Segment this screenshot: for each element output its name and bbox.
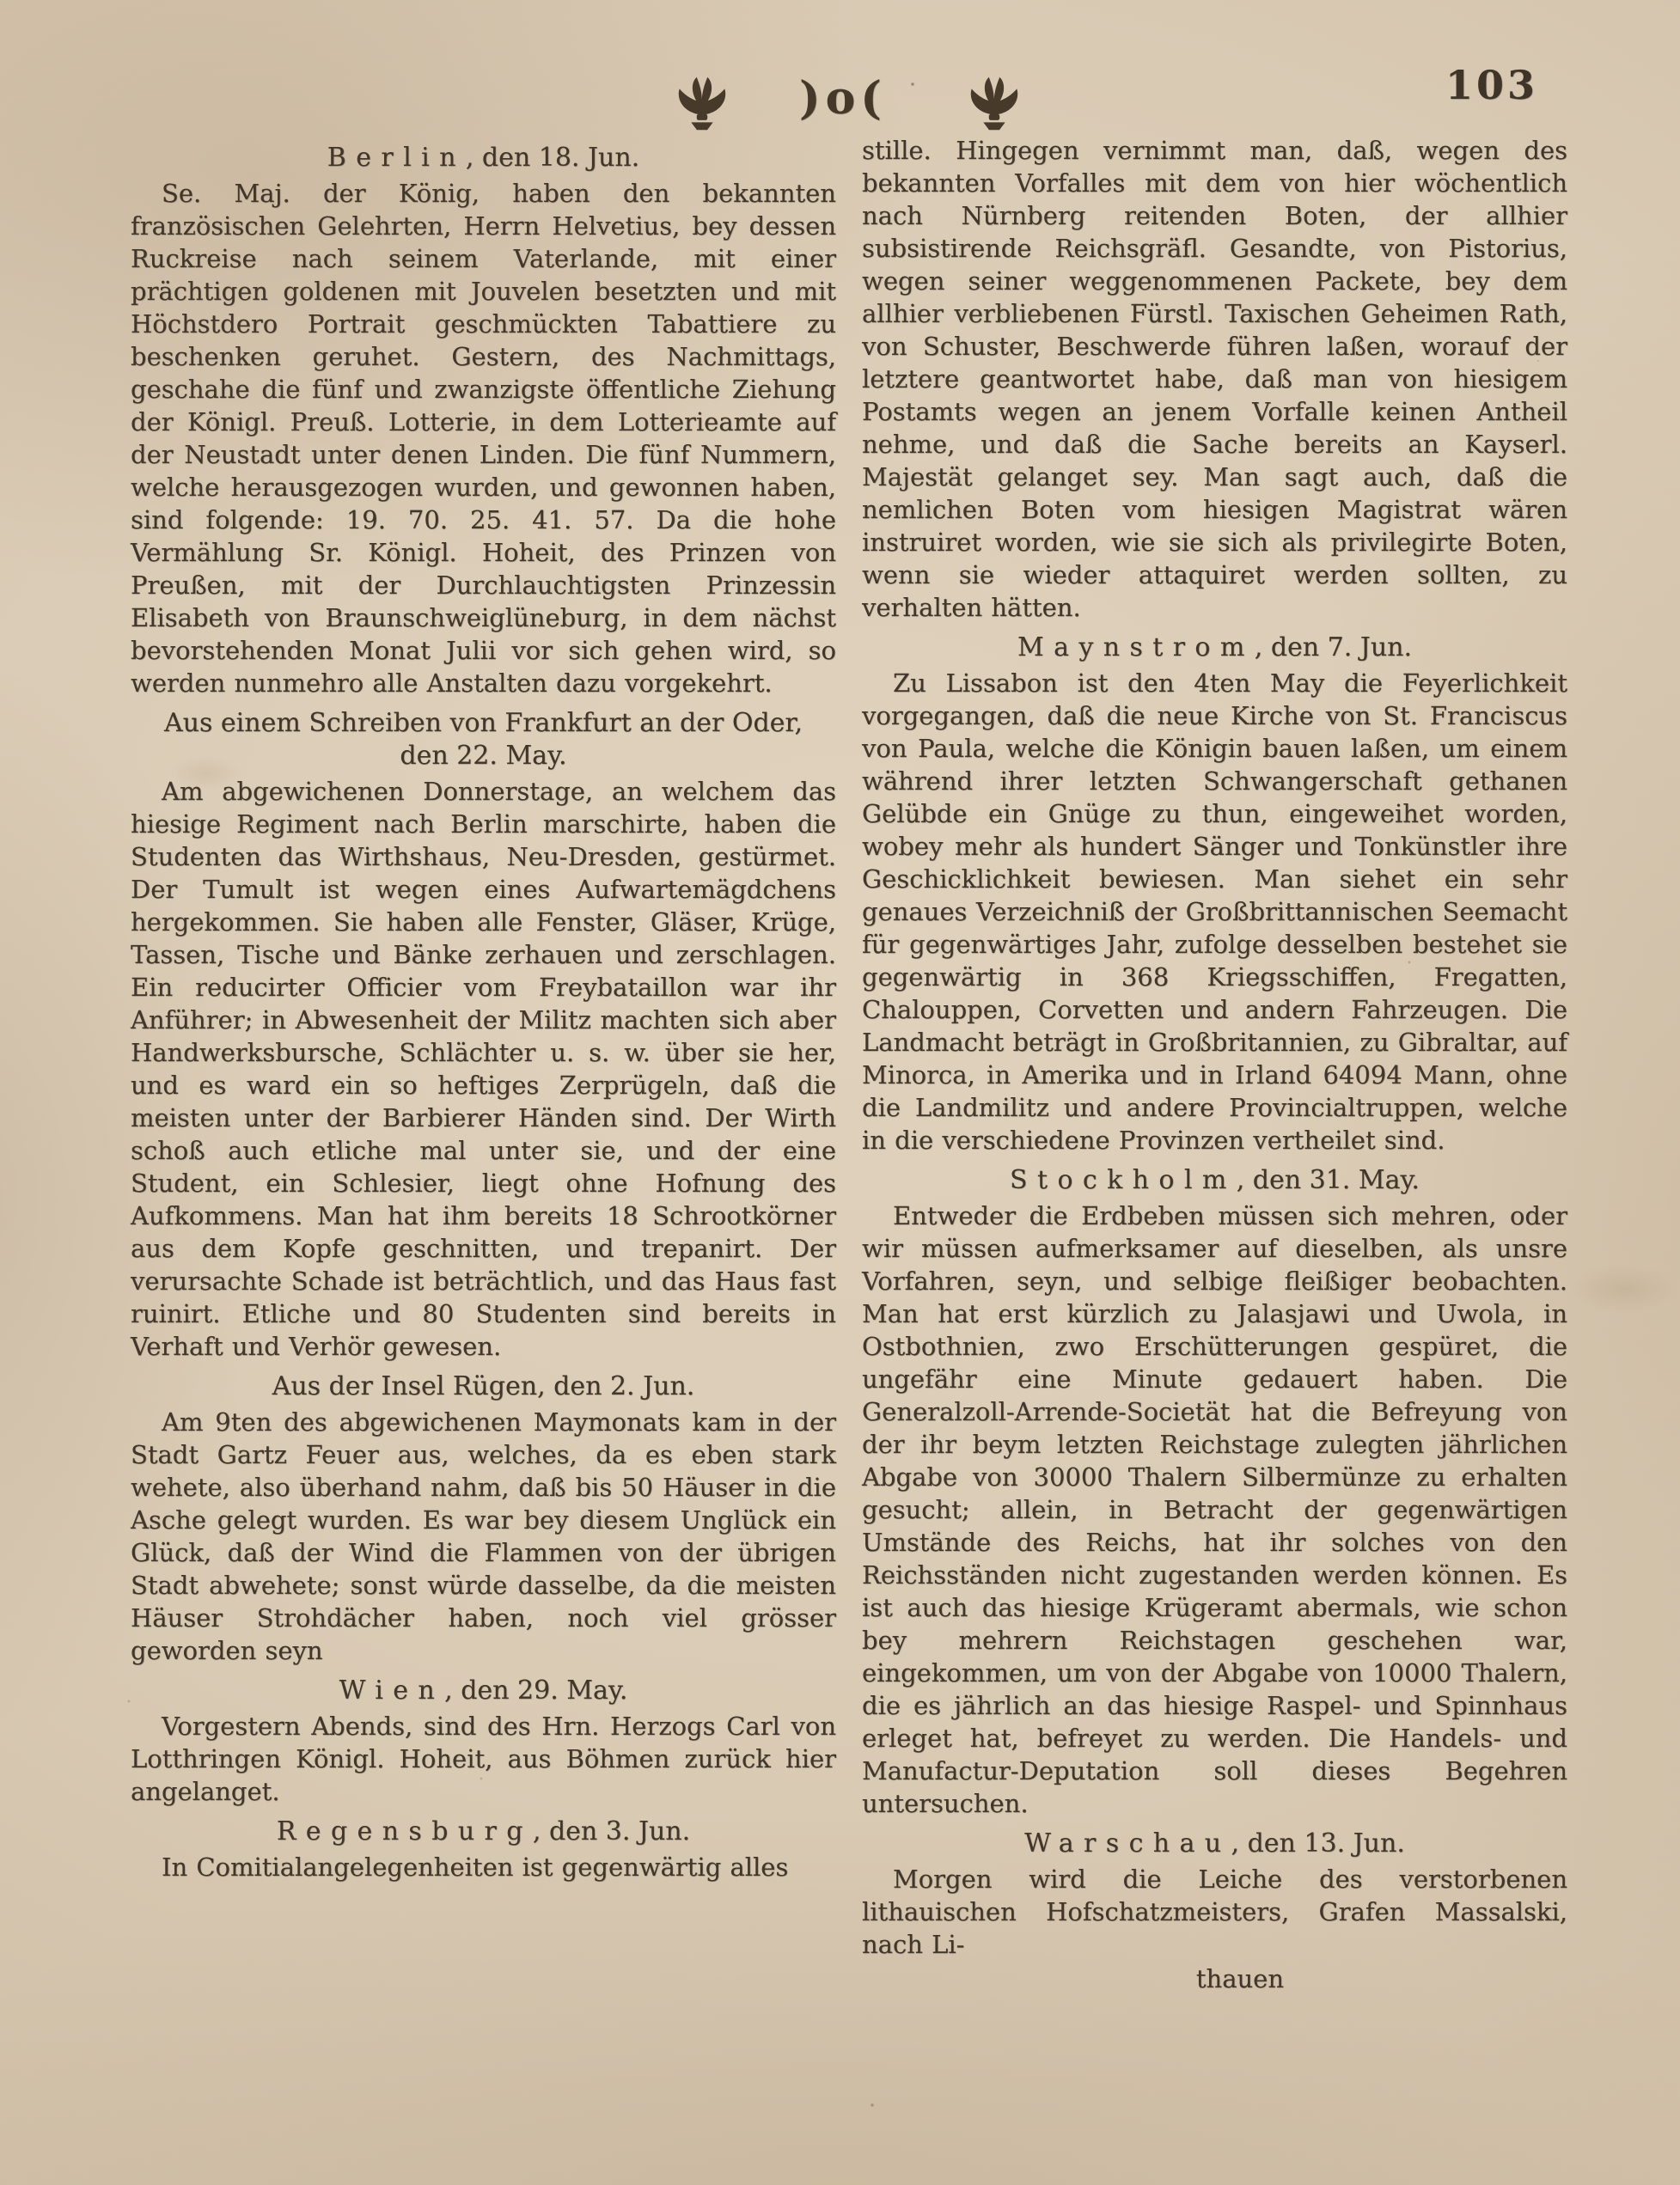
page-number: 103 [1445,62,1538,108]
article-ruegen-paragraph: Am 9ten des abgewichenen Maymonats kam i… [131,1406,836,1667]
article-frankfurt-paragraph: Am abgewichenen Donnerstage, an welchem … [131,775,836,1363]
dateline-text: Aus der Insel Rügen, den 2. Jun. [272,1371,695,1401]
dateline-berlin: Berlin, den 18. Jun. [131,142,836,174]
dateline-city: Stockholm [1010,1165,1237,1195]
dateline-date: , den 3. Jun. [533,1816,690,1846]
article-maynstrom-paragraph: Zu Lissabon ist den 4ten May die Feyerli… [862,667,1567,1157]
dateline-wien: Wien, den 29. May. [131,1675,836,1707]
dateline-line1: Aus einem Schreiben von Frankfurt an der… [164,708,803,738]
dateline-city: Wien [339,1675,445,1706]
dateline-date: , den 31. May. [1237,1165,1420,1195]
shell-ornament-right [961,72,1028,134]
dateline-maynstrom: Maynstrom, den 7. Jun. [862,632,1567,664]
printers-mark: )o( [799,72,887,125]
article-regensburg-paragraph: In Comitialangelegenheiten ist gegenwärt… [131,1851,836,1883]
article-wien-paragraph: Vorgestern Abends, sind des Hrn. Herzogs… [131,1710,836,1808]
article-regensburg-continuation: stille. Hingegen vernimmt man, daß, wege… [862,134,1567,624]
dateline-warschau: Warschau, den 13. Jun. [862,1828,1567,1860]
dateline-line2: den 22. May. [400,741,566,771]
dateline-city: Warschau [1024,1828,1231,1858]
dateline-regensburg: Regensburg, den 3. Jun. [131,1816,836,1848]
dateline-ruegen: Aus der Insel Rügen, den 2. Jun. [131,1370,836,1403]
dateline-frankfurt-oder: Aus einem Schreiben von Frankfurt an der… [131,707,836,772]
dateline-city: Regensburg [277,1816,533,1846]
catchword: thauen [862,1962,1567,1995]
dateline-date: , den 7. Jun. [1255,632,1412,662]
left-column: Berlin, den 18. Jun. Se. Maj. der König,… [131,134,836,1995]
dateline-date: , den 13. Jun. [1231,1828,1405,1858]
shell-ornament-left [669,72,736,134]
article-stockholm-paragraph: Entweder die Erdbeben müssen sich mehren… [862,1199,1567,1820]
dateline-date: , den 18. Jun. [466,143,639,173]
article-berlin-paragraph: Se. Maj. der König, haben den bekannten … [131,177,836,699]
dateline-city: Maynstrom [1017,632,1255,662]
newspaper-page: )o( 103 Berlin, den 18. Jun. Se. Maj. de… [0,0,1680,2185]
dateline-date: , den 29. May. [444,1675,627,1706]
article-warschau-paragraph: Morgen wird die Leiche des verstorbenen … [862,1863,1567,1961]
right-column: stille. Hingegen vernimmt man, daß, wege… [862,134,1567,1995]
dateline-stockholm: Stockholm, den 31. May. [862,1164,1567,1197]
dateline-city: Berlin [327,143,466,173]
text-columns: Berlin, den 18. Jun. Se. Maj. der König,… [131,134,1567,1995]
